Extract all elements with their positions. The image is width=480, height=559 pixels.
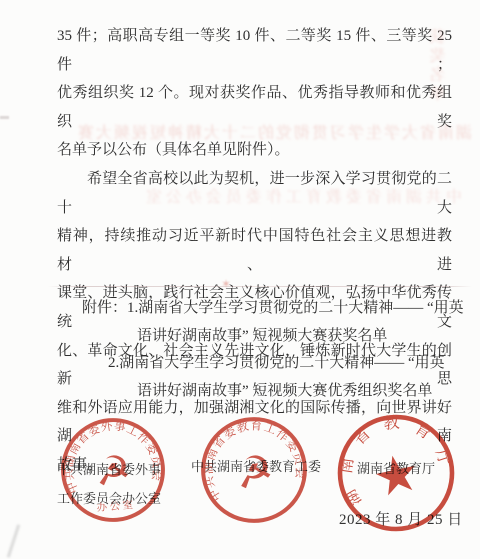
scan-edge-artifact xyxy=(0,116,9,119)
star-icon: ★ xyxy=(368,442,426,510)
attachment-list: 附件：1.湖南省大学生学习贯彻党的二十大精神—— “用英 语讲好湖南故事” 短视… xyxy=(0,295,480,405)
hammer-sickle-icon: ☭ xyxy=(93,447,132,496)
official-seal-jiaoyuting: 湖南省教育厅 ★ xyxy=(325,402,467,544)
fold-line-artifact xyxy=(48,286,472,287)
seal-graphic: 中共湖南省委外事工作委员会 ☭ 办公室 xyxy=(54,411,171,528)
body-line: 优秀组织奖 12 个。现对获奖作品、优秀指导教师和优秀组织奖 xyxy=(57,79,452,136)
official-seal-waishi: 中共湖南省委外事工作委员会 ☭ 办公室 xyxy=(54,411,171,528)
body-line: 35 件；高职高专组一等奖 10 件、二等奖 15 件、三等奖 25 件； xyxy=(57,22,452,79)
attachment-line: 附件：1.湖南省大学生学习贯彻党的二十大精神—— “用英 xyxy=(0,295,480,323)
scanned-document-page: 湖南省大学生学习贯彻党的二十大精神短视频大赛 中共湖南省委教育工作委员会办公室 … xyxy=(0,0,480,559)
body-line: 希望全省高校以此为契机，进一步深入学习贯彻党的二十大 xyxy=(57,165,452,222)
body-line: 名单予以公布（具体名单见附件）。 xyxy=(57,136,452,165)
attachment-line: 语讲好湖南故事” 短视频大赛获奖名单 xyxy=(0,323,480,351)
seal-bottom-text: 办公室 xyxy=(96,498,136,514)
attachment-line: 2.湖南省大学生学习贯彻党的二十大精神—— “用英 xyxy=(0,350,480,378)
seal-graphic: 湖南省教育厅 ★ xyxy=(325,402,467,544)
hammer-sickle-icon: ☭ xyxy=(231,445,277,500)
official-seal-jiaoyu-gongwei: 中共湖南省委教育工作委员会 ☭ xyxy=(190,406,317,533)
attachment-line: 语讲好湖南故事” 短视频大赛优秀组织奖名单 xyxy=(0,378,480,406)
seal-graphic: 中共湖南省委教育工作委员会 ☭ xyxy=(190,406,317,533)
scan-edge-artifact xyxy=(7,524,20,557)
document-body: 35 件；高职高专组一等奖 10 件、二等奖 15 件、三等奖 25 件； 优秀… xyxy=(57,22,452,480)
fold-mark-artifact: ✶ xyxy=(219,277,233,291)
body-line: 精神，持续推动习近平新时代中国特色社会主义思想进教材、进 xyxy=(57,222,452,279)
